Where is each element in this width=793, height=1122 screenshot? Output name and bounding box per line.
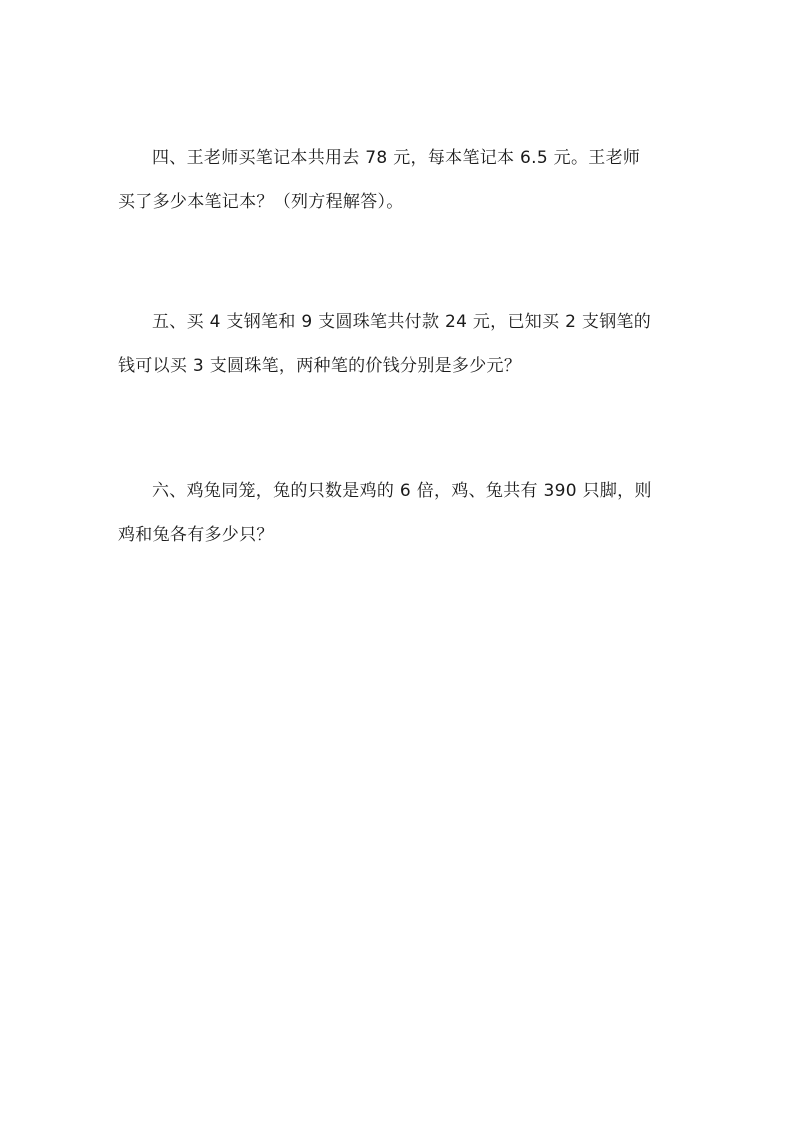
problem-4: 四、王老师买笔记本共用去 78 元，每本笔记本 6.5 元。王老师 买了多少本笔…: [118, 136, 684, 224]
problem-4-line-1: 四、王老师买笔记本共用去 78 元，每本笔记本 6.5 元。王老师: [118, 136, 684, 180]
problem-5: 五、买 4 支钢笔和 9 支圆珠笔共付款 24 元，已知买 2 支钢笔的 钱可以…: [118, 300, 684, 388]
problem-4-line-2: 买了多少本笔记本？（列方程解答）。: [118, 180, 684, 224]
problem-5-line-2: 钱可以买 3 支圆珠笔，两种笔的价钱分别是多少元？: [118, 344, 684, 388]
problem-6-line-2: 鸡和兔各有多少只？: [118, 513, 684, 557]
problem-5-line-1: 五、买 4 支钢笔和 9 支圆珠笔共付款 24 元，已知买 2 支钢笔的: [118, 300, 684, 344]
document-page: 四、王老师买笔记本共用去 78 元，每本笔记本 6.5 元。王老师 买了多少本笔…: [0, 0, 793, 1122]
problem-6-line-1: 六、鸡兔同笼，兔的只数是鸡的 6 倍，鸡、兔共有 390 只脚，则: [118, 469, 684, 513]
problem-6: 六、鸡兔同笼，兔的只数是鸡的 6 倍，鸡、兔共有 390 只脚，则 鸡和兔各有多…: [118, 469, 684, 557]
